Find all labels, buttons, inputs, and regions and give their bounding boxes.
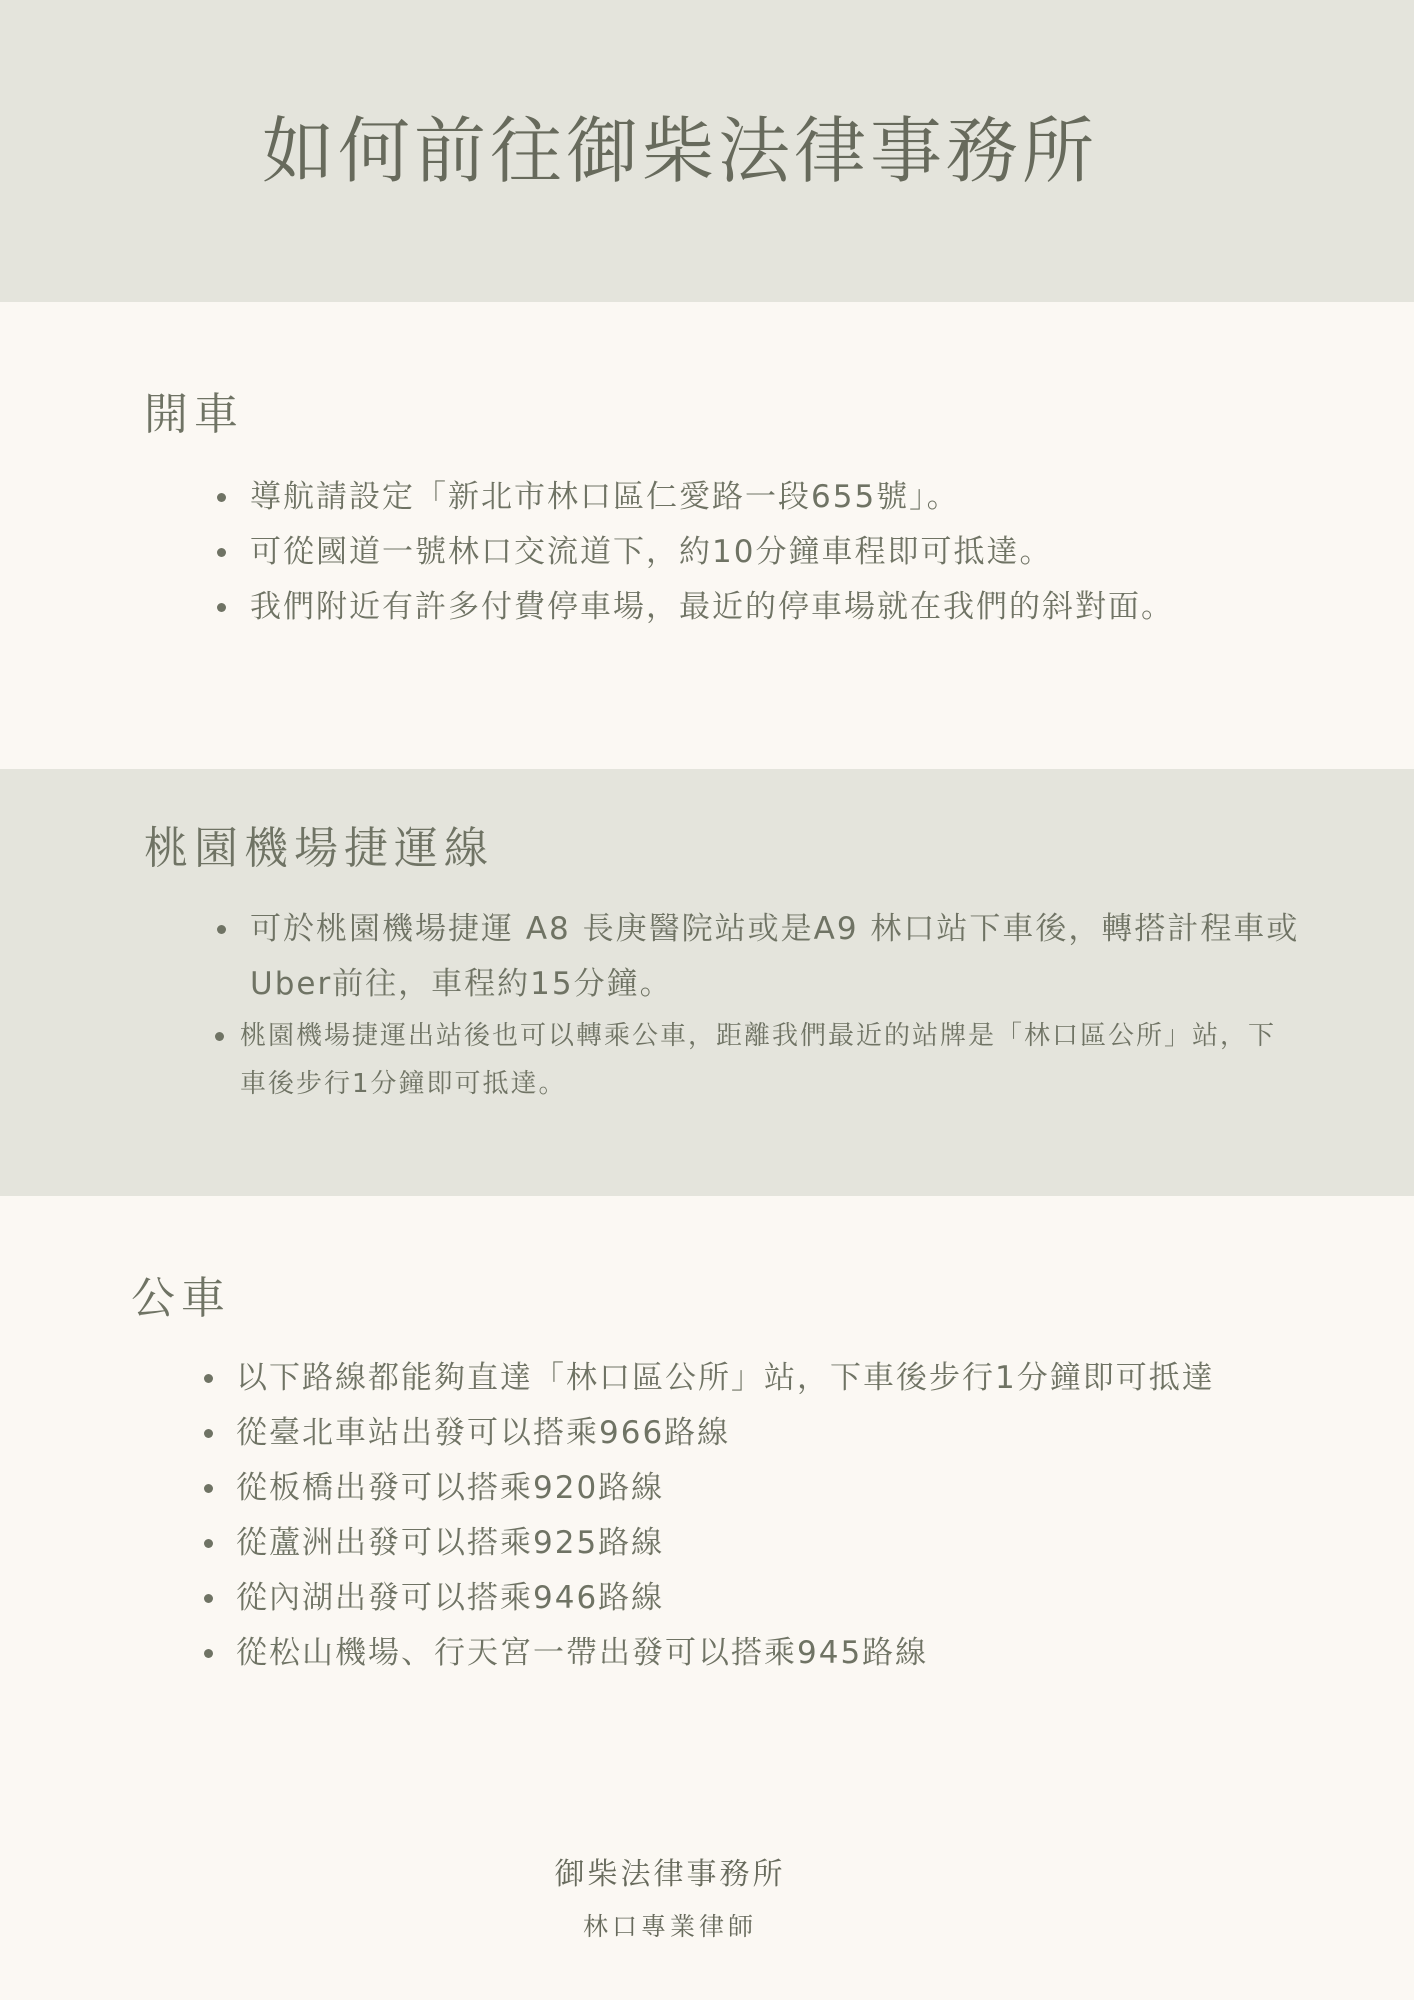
bullet-icon (215, 1032, 224, 1041)
list-item: 我們附近有許多付費停車場，最近的停車場就在我們的斜對面。 (250, 580, 1320, 635)
list-item: 從蘆洲出發可以搭乘925路線 (236, 1516, 1286, 1571)
list-item-text: 從臺北車站出發可以搭乘966路線 (236, 1415, 730, 1451)
list-item: 導航請設定「新北市林口區仁愛路一段655號」。 (250, 470, 1320, 525)
driving-list: 導航請設定「新北市林口區仁愛路一段655號」。 可從國道一號林口交流道下，約10… (250, 470, 1320, 635)
bus-list: 以下路線都能夠直達「林口區公所」站，下車後步行1分鐘即可抵達 從臺北車站出發可以… (236, 1351, 1286, 1681)
list-item-text: 從內湖出發可以搭乘946路線 (236, 1580, 664, 1616)
bullet-icon (204, 1429, 213, 1438)
list-item-text: 從板橋出發可以搭乘920路線 (236, 1470, 664, 1506)
bullet-icon (217, 548, 226, 557)
bullet-icon (217, 493, 226, 502)
footer-tagline: 林口專業律師 (0, 1910, 1340, 1944)
list-item: 桃園機場捷運出站後也可以轉乘公車，距離我們最近的站牌是「林口區公所」站，下車後步… (240, 1012, 1280, 1108)
list-item-text: 從蘆洲出發可以搭乘925路線 (236, 1525, 664, 1561)
list-item-text: 可於桃園機場捷運 A8 長庚醫院站或是A9 林口站下車後，轉搭計程車或Uber前… (250, 911, 1299, 1002)
bullet-icon (204, 1484, 213, 1493)
page-title: 如何前往御柴法律事務所 (262, 106, 1098, 196)
section-title-bus: 公車 (131, 1271, 231, 1327)
list-item: 可於桃園機場捷運 A8 長庚醫院站或是A9 林口站下車後，轉搭計程車或Uber前… (250, 902, 1300, 1012)
bullet-icon (217, 925, 226, 934)
list-item: 從內湖出發可以搭乘946路線 (236, 1571, 1286, 1626)
list-item-text: 可從國道一號林口交流道下，約10分鐘車程即可抵達。 (250, 534, 1052, 570)
section-title-airport-mrt: 桃園機場捷運線 (144, 821, 494, 877)
footer-firm-name: 御柴法律事務所 (0, 1855, 1340, 1895)
list-item: 從臺北車站出發可以搭乘966路線 (236, 1406, 1286, 1461)
section-airport-mrt: 桃園機場捷運線 可於桃園機場捷運 A8 長庚醫院站或是A9 林口站下車後，轉搭計… (0, 769, 1414, 1196)
list-item: 可從國道一號林口交流道下，約10分鐘車程即可抵達。 (250, 525, 1320, 580)
airport-mrt-list: 可於桃園機場捷運 A8 長庚醫院站或是A9 林口站下車後，轉搭計程車或Uber前… (250, 902, 1300, 1108)
header-band: 如何前往御柴法律事務所 (0, 0, 1414, 302)
section-driving: 開車 導航請設定「新北市林口區仁愛路一段655號」。 可從國道一號林口交流道下，… (0, 302, 1414, 769)
list-item-text: 桃園機場捷運出站後也可以轉乘公車，距離我們最近的站牌是「林口區公所」站，下車後步… (240, 1021, 1276, 1099)
bullet-icon (204, 1374, 213, 1383)
bullet-icon (204, 1649, 213, 1658)
list-item: 從松山機場、行天宮一帶出發可以搭乘945路線 (236, 1626, 1286, 1681)
list-item-text: 以下路線都能夠直達「林口區公所」站，下車後步行1分鐘即可抵達 (236, 1360, 1215, 1396)
section-title-driving: 開車 (144, 387, 244, 443)
bullet-icon (204, 1594, 213, 1603)
list-item: 以下路線都能夠直達「林口區公所」站，下車後步行1分鐘即可抵達 (236, 1351, 1286, 1406)
bullet-icon (217, 603, 226, 612)
list-item-text: 我們附近有許多付費停車場，最近的停車場就在我們的斜對面。 (250, 589, 1174, 625)
list-item-text: 導航請設定「新北市林口區仁愛路一段655號」。 (250, 479, 960, 515)
list-item: 從板橋出發可以搭乘920路線 (236, 1461, 1286, 1516)
bullet-icon (204, 1539, 213, 1548)
list-item-text: 從松山機場、行天宮一帶出發可以搭乘945路線 (236, 1635, 928, 1671)
